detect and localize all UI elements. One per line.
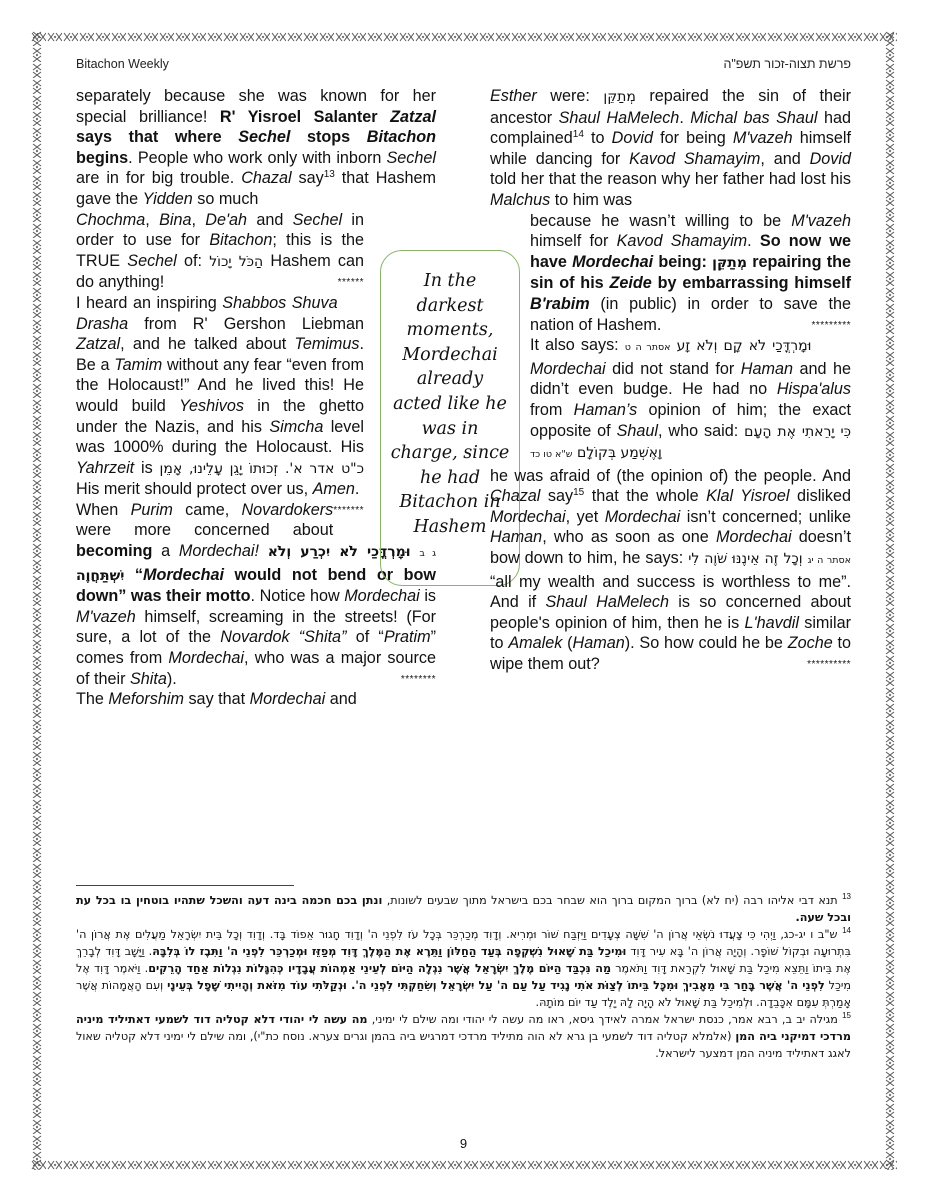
paragraph-gershon-liebman: I heard an inspiring Shabbos Shuva Drash…	[76, 293, 364, 500]
text: Haman	[741, 360, 793, 378]
text: for being	[653, 129, 733, 147]
text-wrap-area: Chochma, Bina, De'ah and Sechel in order…	[76, 210, 364, 500]
text: .	[355, 480, 360, 498]
text	[259, 542, 268, 560]
text: R' Yisroel Salanter	[220, 108, 390, 126]
publication-title: Bitachon Weekly	[76, 57, 169, 71]
text: Bitachon	[367, 128, 436, 146]
footnote-divider	[76, 885, 294, 886]
text: Haman	[573, 634, 625, 652]
text: , who said:	[658, 422, 744, 440]
section-separator: **********	[807, 655, 851, 676]
text: Pratim	[384, 628, 431, 646]
paragraph-meforshim: The Meforshim say that Mordechai and	[76, 689, 436, 710]
text: and	[247, 211, 293, 229]
text: a	[152, 542, 178, 560]
text: came,	[173, 501, 242, 519]
text: Simcha	[269, 418, 323, 436]
text: .	[679, 109, 690, 127]
text: Yahrzeit	[76, 459, 134, 477]
text: that the whole	[584, 487, 706, 505]
text: M'vazeh	[76, 608, 136, 626]
text: .	[747, 232, 760, 250]
footnote-ref-15[interactable]: 15	[573, 487, 584, 498]
text: Shaul HaMelech	[545, 593, 669, 611]
text: Sechel	[127, 252, 177, 270]
hebrew-quote: הַכֹּל יָכוֹל	[209, 254, 263, 270]
text: did not stand for	[606, 360, 741, 378]
text: told her that the reason why her father …	[490, 170, 851, 188]
footnote-text: תנא דבי אליהו רבה (יח לא) ברוך המקום ברו…	[382, 894, 837, 907]
text: by embarrassing himself	[652, 274, 851, 292]
footnote-15: 15 מגילה יב ב, רבא אמר, כנסת ישראל אמרה …	[76, 1011, 851, 1062]
text: Klal Yisroel	[706, 487, 789, 505]
text: (	[562, 634, 572, 652]
text: Chazal	[241, 169, 291, 187]
text: ). So how could he be	[625, 634, 788, 652]
text: De'ah	[205, 211, 247, 229]
parsha-title: פרשת תצוה-זכור תשפ"ה	[723, 57, 851, 71]
text: Sechel	[293, 211, 343, 229]
footnote-number: 13	[842, 892, 851, 901]
decorative-border-right	[883, 30, 897, 1170]
text: isn’t concerned; unlike	[680, 508, 851, 526]
text: Zatzal	[390, 108, 436, 126]
text: Purim	[131, 501, 173, 519]
text: Mordechai!	[179, 542, 259, 560]
text: of:	[177, 252, 209, 270]
text: “	[124, 566, 143, 584]
text: Tamim	[114, 356, 162, 374]
text: disliked	[790, 487, 852, 505]
footnote-text: וּמִיכַל בַּת שָׁאוּל נִשְׁקְפָה בְּעַד …	[152, 945, 626, 958]
hebrew-quote: מְתַקֵּן	[603, 89, 635, 105]
text: is	[134, 459, 159, 477]
text: is	[420, 587, 436, 605]
text: to	[584, 129, 612, 147]
text: It also says:	[530, 336, 625, 354]
text: Michal bas Shaul	[690, 109, 817, 127]
text: When	[76, 501, 131, 519]
text: ,	[145, 211, 159, 229]
section-separator: *******	[333, 501, 364, 522]
paragraph-klal-yisroel: he was afraid of (the opinion of) the pe…	[490, 466, 851, 675]
text: say	[292, 169, 324, 187]
text: say	[540, 487, 573, 505]
text: Shaul HaMelech	[559, 109, 680, 127]
text: Shita	[130, 670, 167, 688]
paragraph-true-sechel: Chochma, Bina, De'ah and Sechel in order…	[76, 210, 364, 293]
text-wrap-area: because he wasn’t willing to be M'vazeh …	[530, 211, 851, 466]
text: Amalek	[508, 634, 562, 652]
text: begins	[76, 149, 128, 167]
text: Yeshivos	[179, 397, 244, 415]
text: so much	[193, 190, 259, 208]
text: B'rabim	[530, 295, 590, 313]
text: Chochma	[76, 211, 145, 229]
section-separator: ******	[338, 273, 364, 294]
text: , who as soon as one	[542, 528, 716, 546]
text: he was afraid of (the opinion of) the pe…	[490, 467, 851, 485]
paragraph-esther-repaired: Esther were: מְתַקֵּן repaired the sin o…	[490, 86, 851, 211]
text: Hispa'alus	[777, 380, 851, 398]
text: Amen	[313, 480, 355, 498]
hebrew-quote: וְכָל זֶה אֵינֶנּוּ שֹׁוֶה לִי	[688, 551, 802, 567]
text: Kavod Shamayim	[617, 232, 748, 250]
text: Chazal	[490, 487, 540, 505]
text: Bina	[159, 211, 191, 229]
section-separator: *********	[811, 316, 851, 337]
verse-reference: ש"א טו כד	[530, 449, 572, 460]
text: Temimus	[294, 335, 359, 353]
text: His merit should protect over us,	[76, 480, 313, 498]
text: M'vazeh	[733, 129, 793, 147]
text: Kavod Shamayim	[629, 150, 760, 168]
paragraph-sechel: separately because she was known for her…	[76, 86, 436, 210]
text: were:	[537, 87, 604, 105]
text: Malchus	[490, 191, 550, 209]
text: say that	[184, 690, 250, 708]
text: Dovid	[810, 150, 851, 168]
text: L'havdil	[745, 614, 799, 632]
text: Shaul	[617, 422, 658, 440]
text: Dovid	[612, 129, 653, 147]
text: Zoche	[788, 634, 833, 652]
text: Mordechai	[530, 360, 606, 378]
text: The	[76, 690, 108, 708]
verse-reference: אסתר ה יג	[808, 555, 851, 566]
text: Sechel	[238, 128, 290, 146]
page-number: 9	[0, 1136, 927, 1151]
text: from R' Gershon Liebman	[128, 315, 364, 333]
text: and	[325, 690, 357, 708]
text: Novardokers	[241, 501, 333, 519]
text: from	[530, 401, 574, 419]
text: because he wasn’t willing to be	[530, 212, 791, 230]
text: Haman	[490, 528, 542, 546]
text: are in for big trouble.	[76, 169, 241, 187]
text: Zeide	[610, 274, 652, 292]
text: Mordechai	[168, 649, 244, 667]
footnote-number: 14	[842, 926, 851, 935]
text: Mordechai	[572, 253, 653, 271]
text: stops	[290, 128, 366, 146]
paragraph-did-not-stand: It also says: וּמָרְדֳּכַי לֹא קָם וְלֹא…	[530, 335, 851, 466]
text: Mordechai	[490, 508, 566, 526]
footnote-text: מַה נִּכְבַּד הַיּוֹם מֶלֶךְ יִשְׂרָאֵל …	[148, 962, 611, 975]
text: of “	[346, 628, 383, 646]
text: Esther	[490, 87, 537, 105]
text: Mordechai	[250, 690, 326, 708]
paragraph-mordechai-repairing: because he wasn’t willing to be M'vazeh …	[530, 211, 851, 336]
footnote-ref-14[interactable]: 14	[573, 129, 584, 140]
decorative-border-left	[30, 30, 44, 1170]
text: Novardok “Shita”	[220, 628, 346, 646]
text: . People who work only with inborn	[128, 149, 386, 167]
hebrew-quote: מְתַקֵּן	[712, 255, 747, 271]
footnote-13: 13 תנא דבי אליהו רבה (יח לא) ברוך המקום …	[76, 892, 851, 926]
text: M'vazeh	[791, 212, 851, 230]
text: says that where	[76, 128, 238, 146]
text: Bitachon	[209, 231, 272, 249]
text: I heard an inspiring	[76, 294, 222, 312]
text: becoming	[76, 542, 152, 560]
text: Meforshim	[108, 690, 184, 708]
footnote-text: מגילה יב ב, רבא אמר, כנסת ישראל אמרה לאי…	[368, 1013, 838, 1026]
text: being:	[653, 253, 712, 271]
section-separator: ********	[401, 670, 436, 691]
hebrew-quote: כ"ט אדר א'. זְכוּתוֹ יָגֵן עָלֵינוּ, אָמ…	[160, 461, 364, 477]
right-column: Esther were: מְתַקֵּן repaired the sin o…	[490, 86, 851, 676]
footnote-number: 15	[842, 1011, 851, 1020]
text: were more concerned about	[76, 521, 333, 539]
footnote-ref-13[interactable]: 13	[324, 169, 335, 180]
text: to him was	[550, 191, 632, 209]
text: Yidden	[143, 190, 193, 208]
text: ).	[167, 670, 177, 688]
text: Zatzal	[76, 335, 120, 353]
text: , and he talked about	[120, 335, 294, 353]
text: ,	[191, 211, 205, 229]
text: , yet	[566, 508, 605, 526]
footnotes: 13 תנא דבי אליהו רבה (יח לא) ברוך המקום …	[76, 892, 851, 1062]
text: . Notice how	[251, 587, 345, 605]
text: Mordechai	[143, 566, 224, 584]
text: , and	[760, 150, 809, 168]
text: Mordechai	[716, 528, 792, 546]
footnote-14: 14 ש"ב ו יג-כג, וַיְהִי כִּי צָעֲדוּ נֹש…	[76, 926, 851, 1011]
decorative-border-bottom	[30, 1158, 897, 1172]
text: Mordechai	[344, 587, 420, 605]
text: himself for	[530, 232, 617, 250]
footnote-text: לִפְנֵי ה' אֲשֶׁר בָּחַר בִּי מֵאָבִיךְ …	[167, 979, 825, 992]
hebrew-quote: וּמָרְדֳּכַי לֹא קָם וְלֹא זָע	[677, 338, 812, 354]
text: Haman’s	[574, 401, 638, 419]
verse-reference: אסתר ה ט	[625, 342, 671, 353]
running-header: Bitachon Weekly פרשת תצוה-זכור תשפ"ה	[76, 57, 851, 75]
text: Mordechai	[605, 508, 681, 526]
text: Sechel	[387, 149, 437, 167]
decorative-border-top	[30, 30, 897, 44]
